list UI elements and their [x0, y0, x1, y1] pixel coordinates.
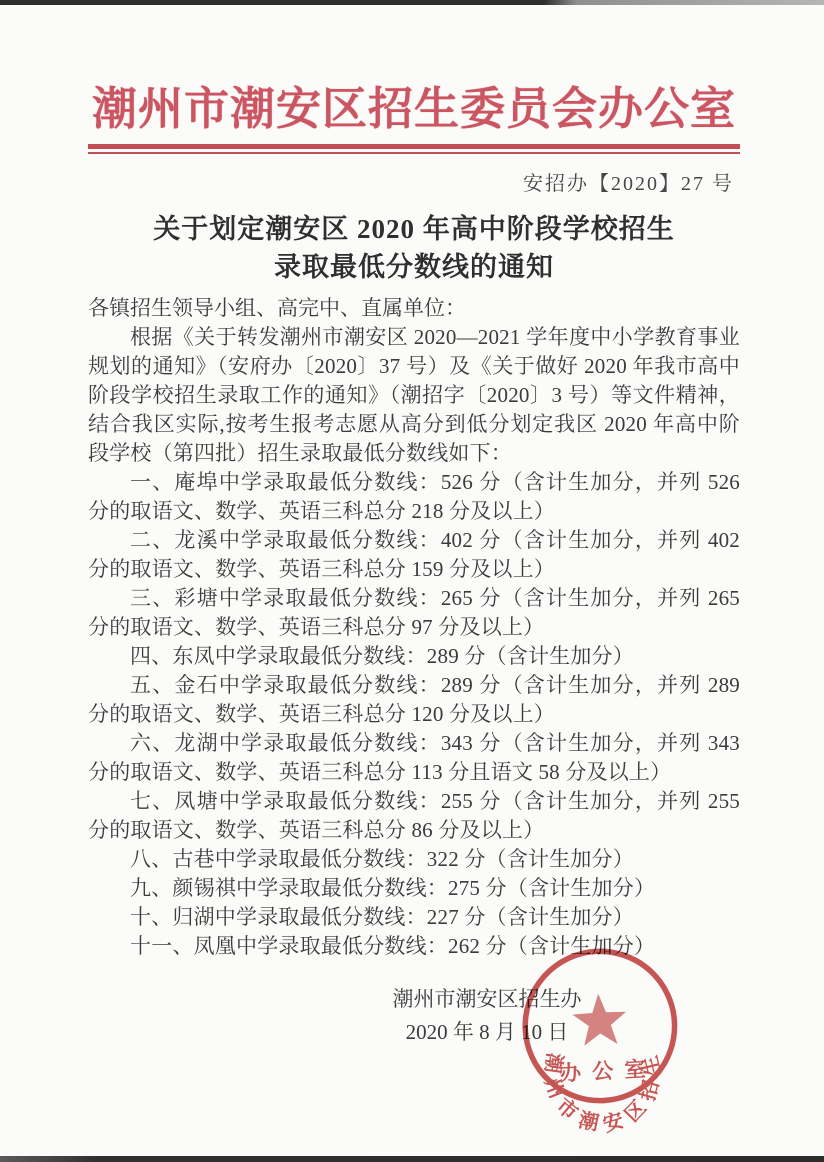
document-content: 潮州市潮安区招生委员会办公室 安招办【2020】27 号 关于划定潮安区 202…	[88, 0, 740, 1049]
seal-bottom-text: 办公室	[559, 1056, 657, 1086]
document-title-line2: 录取最低分数线的通知	[88, 248, 740, 286]
score-item-guxiang: 八、古巷中学录取最低分数线：322 分（含计生加分）	[88, 845, 740, 874]
score-item-dongfeng: 四、东凤中学录取最低分数线：289 分（含计生加分）	[88, 642, 740, 671]
document-title-line1: 关于划定潮安区 2020 年高中阶段学校招生	[88, 210, 740, 248]
official-seal: 潮州市潮安区招生委员会 办公室	[483, 911, 716, 1144]
score-item-fengtang: 七、凤塘中学录取最低分数线：255 分（含计生加分，并列 255 分的取语文、数…	[88, 787, 740, 845]
scan-artifact-bottom	[0, 1156, 824, 1162]
salutation: 各镇招生领导小组、高完中、直属单位：	[88, 294, 740, 323]
letterhead-org-name: 潮州市潮安区招生委员会办公室	[88, 82, 740, 137]
document-page: 潮州市潮安区招生委员会办公室 安招办【2020】27 号 关于划定潮安区 202…	[0, 0, 824, 1162]
document-number: 安招办【2020】27 号	[88, 167, 740, 196]
seal-arc-text: 潮州市潮安区招生委员会	[483, 911, 668, 1143]
score-item-caitang: 三、彩塘中学录取最低分数线：265 分（含计生加分，并列 265 分的取语文、数…	[88, 584, 740, 642]
score-item-longhu: 六、龙湖中学录取最低分数线：343 分（含计生加分，并列 343 分的取语文、数…	[88, 729, 740, 787]
star-icon	[571, 992, 627, 1046]
score-item-yanxiqi: 九、颜锡祺中学录取最低分数线：275 分（含计生加分）	[88, 874, 740, 903]
intro-paragraph: 根据《关于转发潮州市潮安区 2020—2021 学年度中小学教育事业规划的通知》…	[88, 323, 740, 468]
document-title: 关于划定潮安区 2020 年高中阶段学校招生 录取最低分数线的通知	[88, 210, 740, 286]
score-item-anbu: 一、庵埠中学录取最低分数线：526 分（含计生加分，并列 526 分的取语文、数…	[88, 468, 740, 526]
score-item-longxi: 二、龙溪中学录取最低分数线：402 分（含计生加分，并列 402 分的取语文、数…	[88, 526, 740, 584]
score-item-jinshi: 五、金石中学录取最低分数线：289 分（含计生加分，并列 289 分的取语文、数…	[88, 671, 740, 729]
document-body: 各镇招生领导小组、高完中、直属单位： 根据《关于转发潮州市潮安区 2020—20…	[88, 294, 740, 961]
letterhead-divider	[88, 144, 740, 154]
